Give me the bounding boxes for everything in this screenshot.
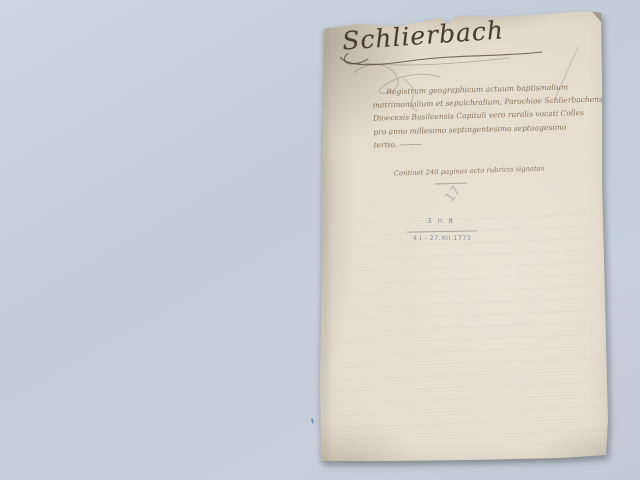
verso-show-through-lines xyxy=(336,211,596,446)
binding-edge-shading xyxy=(314,6,332,468)
body-text-block: Registrum geographicum actuum baptismali… xyxy=(372,80,574,151)
pencil-date-range: 4.I - 27.XII.1773 xyxy=(394,234,490,242)
paper-surface: Schlierbach Registrum geographicum actuu… xyxy=(314,6,612,468)
pencil-shelfmark: 3 n 8 xyxy=(402,217,480,225)
archive-scan-background: Schlierbach Registrum geographicum actuu… xyxy=(0,0,640,480)
contents-note: Continet 240 paginas octo rubricis signa… xyxy=(384,164,554,178)
manuscript-sheet: Schlierbach Registrum geographicum actuu… xyxy=(314,6,612,468)
pencil-mark-diagonal: 17 xyxy=(442,183,464,205)
